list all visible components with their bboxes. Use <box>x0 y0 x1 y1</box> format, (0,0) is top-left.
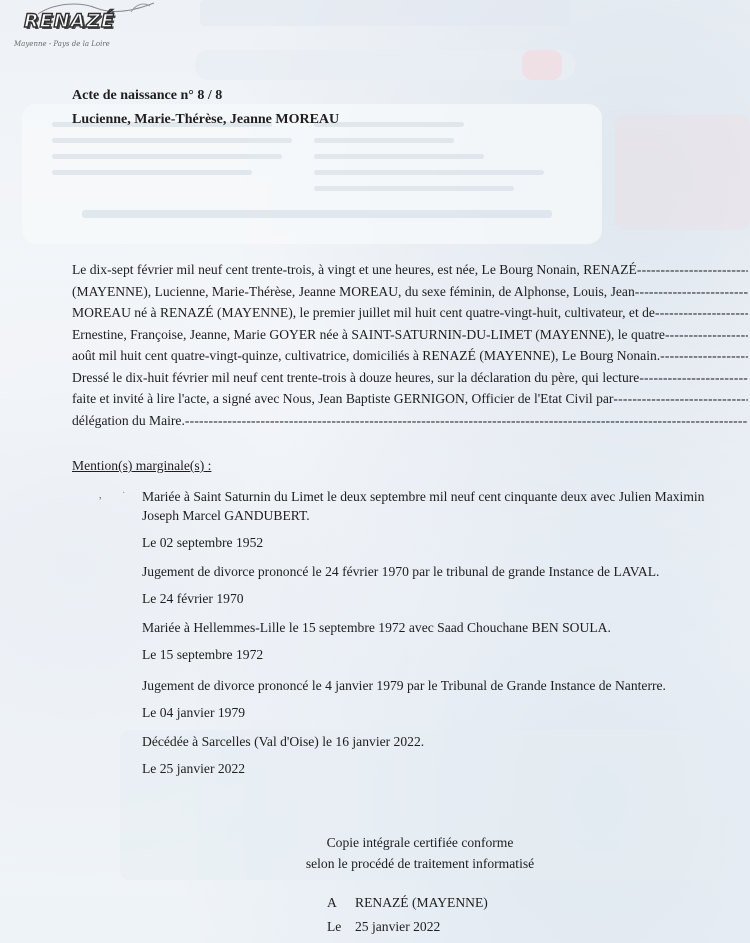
act-line-text: faite et invité à lire l'acte, a signé a… <box>72 388 613 410</box>
issue-date-value: 25 janvier 2022 <box>355 919 440 934</box>
show-through-banner <box>200 0 570 26</box>
act-line: (MAYENNE), Lucienne, Marie-Thérèse, Jean… <box>72 281 748 303</box>
issue-place: ARENAZÉ (MAYENNE) <box>327 895 488 911</box>
act-line: MOREAU né à RENAZÉ (MAYENNE), le premier… <box>72 302 748 324</box>
logo-wordmark: RENAZÉ <box>24 10 115 32</box>
show-through-badge <box>522 50 562 80</box>
scan-speck: · <box>122 488 125 499</box>
act-line-text: (MAYENNE), Lucienne, Marie-Thérèse, Jean… <box>72 281 635 303</box>
town-logo: RENAZÉ Mayenne - Pays de la Loire <box>6 0 166 56</box>
act-line: délégation du Maire. <box>72 410 748 432</box>
mention-text: Jugement de divorce prononcé le 24 févri… <box>142 562 742 581</box>
issue-place-value: RENAZÉ (MAYENNE) <box>355 895 488 910</box>
scan-speck: , <box>99 490 102 501</box>
mention-date: Le 15 septembre 1972 <box>142 645 742 664</box>
certification-line: selon le procédé de traitement informati… <box>250 853 590 874</box>
act-line-text: délégation du Maire. <box>72 410 185 432</box>
issue-date-label: Le <box>327 919 355 935</box>
mention-marriage-1952: Mariée à Saint Saturnin du Limet le deux… <box>142 487 742 552</box>
logo-subtitle: Mayenne - Pays de la Loire <box>14 40 110 48</box>
issue-place-label: A <box>327 895 355 911</box>
dash-filler <box>185 410 748 432</box>
mention-date: Le 02 septembre 1952 <box>142 533 742 552</box>
act-body: Le dix-sept février mil neuf cent trente… <box>72 259 748 431</box>
person-name: Lucienne, Marie-Thérèse, Jeanne MOREAU <box>72 112 339 128</box>
show-through-panel <box>615 115 750 230</box>
act-line-text: Dressé le dix-huit février mil neuf cent… <box>72 367 639 389</box>
mention-text: Mariée à Hellemmes-Lille le 15 septembre… <box>142 618 742 637</box>
mention-date: Le 24 février 1970 <box>142 589 742 608</box>
act-line-text: Ernestine, Françoise, Jeanne, Marie GOYE… <box>72 324 665 346</box>
mention-date: Le 04 janvier 1979 <box>142 703 742 722</box>
dash-filler <box>660 345 748 367</box>
act-line: faite et invité à lire l'acte, a signé a… <box>72 388 748 410</box>
mention-text: Mariée à Saint Saturnin du Limet le deux… <box>142 487 742 525</box>
act-line: Le dix-sept février mil neuf cent trente… <box>72 259 748 281</box>
dash-filler <box>613 388 748 410</box>
act-line-text: août mil huit cent quatre-vingt-quinze, … <box>72 345 660 367</box>
dash-filler <box>655 302 748 324</box>
dash-filler <box>635 281 748 303</box>
mentions-heading: Mention(s) marginale(s) : <box>72 458 211 474</box>
act-title: Acte de naissance n° 8 / 8 <box>72 88 222 104</box>
mention-marriage-1972: Mariée à Hellemmes-Lille le 15 septembre… <box>142 618 742 664</box>
act-line-text: MOREAU né à RENAZÉ (MAYENNE), le premier… <box>72 302 655 324</box>
show-through-pill <box>195 50 575 80</box>
mention-divorce-1970: Jugement de divorce prononcé le 24 févri… <box>142 562 742 608</box>
certification-statement: Copie intégrale certifiée conforme selon… <box>250 832 590 874</box>
certification-line: Copie intégrale certifiée conforme <box>250 832 590 853</box>
mention-text: Décédée à Sarcelles (Val d'Oise) le 16 j… <box>142 732 742 751</box>
dash-filler <box>639 367 748 389</box>
mention-date: Le 25 janvier 2022 <box>142 759 742 778</box>
dash-filler <box>665 324 748 346</box>
issue-date: Le25 janvier 2022 <box>327 919 440 935</box>
act-line: Dressé le dix-huit février mil neuf cent… <box>72 367 748 389</box>
mention-text: Jugement de divorce prononcé le 4 janvie… <box>142 676 742 695</box>
act-line: Ernestine, Françoise, Jeanne, Marie GOYE… <box>72 324 748 346</box>
mention-divorce-1979: Jugement de divorce prononcé le 4 janvie… <box>142 676 742 722</box>
act-line-text: Le dix-sept février mil neuf cent trente… <box>72 259 637 281</box>
dash-filler <box>637 259 748 281</box>
mention-death-2022: Décédée à Sarcelles (Val d'Oise) le 16 j… <box>142 732 742 778</box>
act-line: août mil huit cent quatre-vingt-quinze, … <box>72 345 748 367</box>
